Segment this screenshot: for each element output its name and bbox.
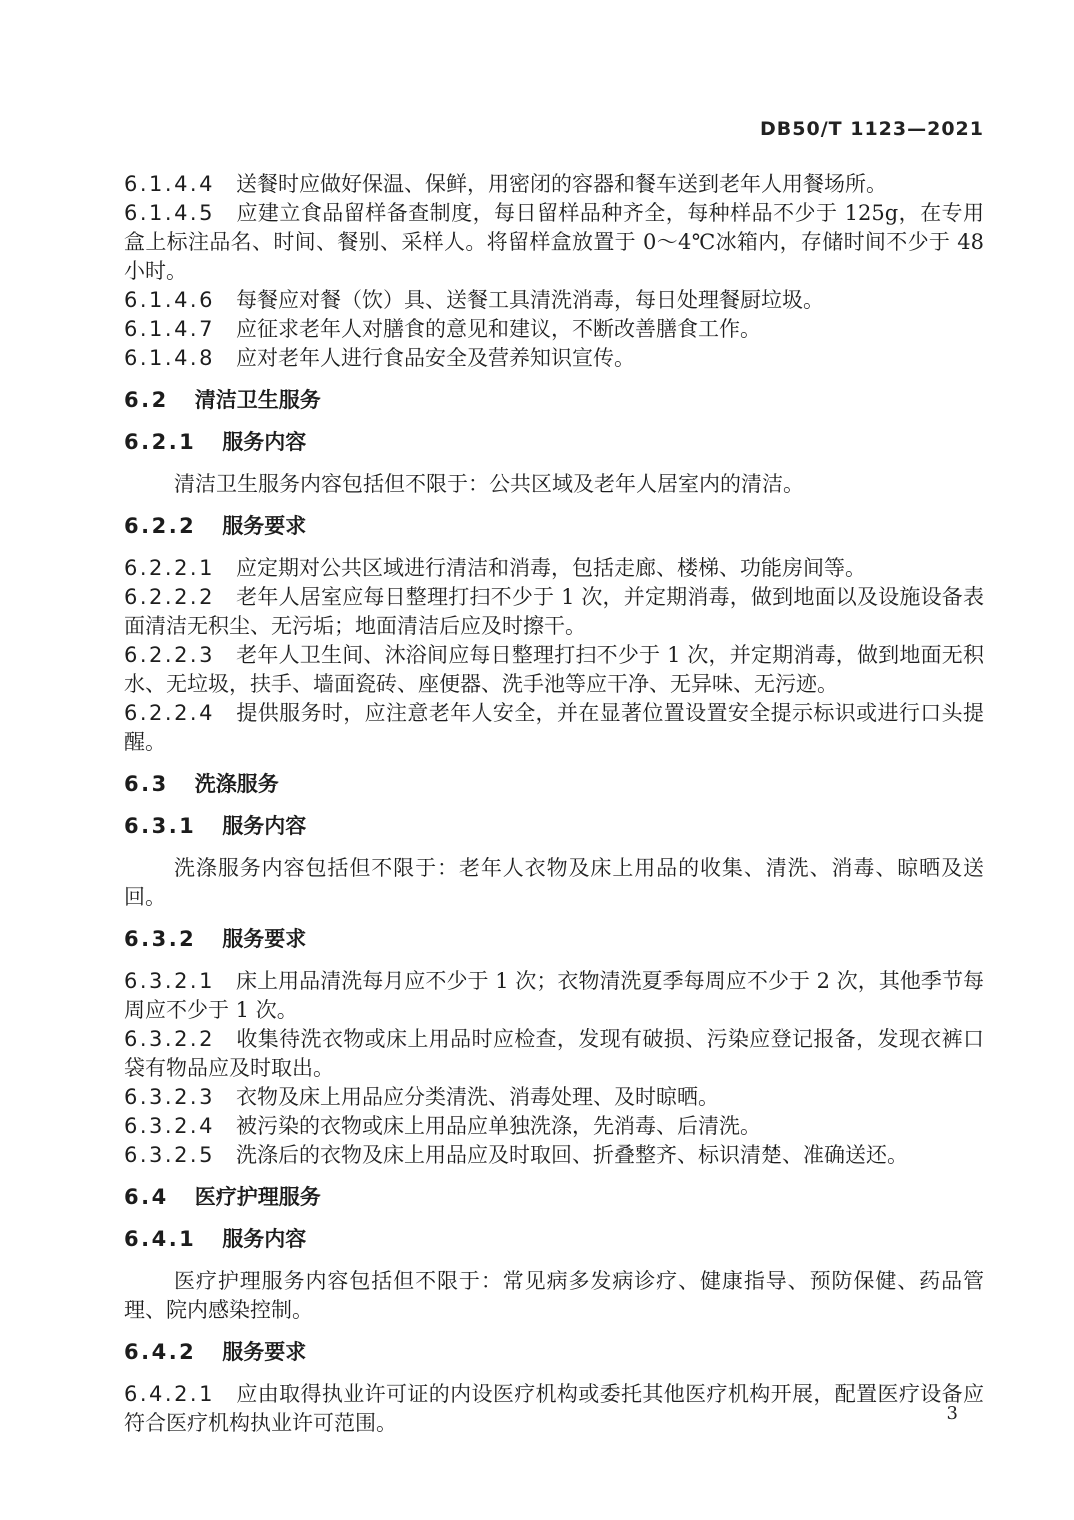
heading-text: 服务内容 — [222, 814, 306, 838]
clause-6-2-2-1: 6.2.2.1应定期对公共区域进行清洁和消毒，包括走廊、楼梯、功能房间等。 — [124, 554, 984, 583]
clause-6-2-2-2: 6.2.2.2老年人居室应每日整理打扫不少于 1 次，并定期消毒，做到地面以及设… — [124, 583, 984, 641]
clause-text: 收集待洗衣物或床上用品时应检查，发现有破损、污染应登记报备，发现衣裤口袋有物品应… — [124, 1027, 984, 1080]
standard-number-header: DB50/T 1123—2021 — [124, 118, 984, 140]
clause-6-1-4-4: 6.1.4.4送餐时应做好保温、保鲜，用密闭的容器和餐车送到老年人用餐场所。 — [124, 170, 984, 199]
heading-number: 6.3.1 — [124, 814, 196, 838]
clause-text: 衣物及床上用品应分类清洗、消毒处理、及时晾晒。 — [236, 1085, 719, 1109]
clause-6-3-2-2: 6.3.2.2收集待洗衣物或床上用品时应检查，发现有破损、污染应登记报备，发现衣… — [124, 1025, 984, 1083]
clause-number: 6.3.2.2 — [124, 1027, 215, 1051]
heading-6-4-2: 6.4.2服务要求 — [124, 1338, 984, 1367]
clause-6-2-2-3: 6.2.2.3老年人卫生间、沐浴间应每日整理打扫不少于 1 次，并定期消毒，做到… — [124, 641, 984, 699]
clause-6-3-2-3: 6.3.2.3衣物及床上用品应分类清洗、消毒处理、及时晾晒。 — [124, 1083, 984, 1112]
heading-6-2-1: 6.2.1服务内容 — [124, 428, 984, 457]
clause-number: 6.2.2.4 — [124, 701, 215, 725]
clause-number: 6.1.4.7 — [124, 317, 215, 341]
clause-text: 应对老年人进行食品安全及营养知识宣传。 — [236, 346, 635, 370]
clause-text: 床上用品清洗每月应不少于 1 次；衣物清洗夏季每周应不少于 2 次，其他季节每周… — [124, 969, 984, 1022]
clause-text: 洗涤后的衣物及床上用品应及时取回、折叠整齐、标识清楚、准确送还。 — [236, 1143, 908, 1167]
heading-number: 6.2.2 — [124, 514, 196, 538]
heading-number: 6.3 — [124, 772, 169, 796]
clause-number: 6.1.4.6 — [124, 288, 215, 312]
heading-text: 服务要求 — [222, 514, 306, 538]
clause-text: 每餐应对餐（饮）具、送餐工具清洗消毒，每日处理餐厨垃圾。 — [236, 288, 824, 312]
heading-text: 服务内容 — [222, 1227, 306, 1251]
heading-text: 服务要求 — [222, 927, 306, 951]
heading-6-2: 6.2清洁卫生服务 — [124, 386, 984, 415]
clause-6-1-4-7: 6.1.4.7应征求老年人对膳食的意见和建议，不断改善膳食工作。 — [124, 315, 984, 344]
paragraph-6-3-1-content: 洗涤服务内容包括但不限于：老年人衣物及床上用品的收集、清洗、消毒、晾晒及送回。 — [124, 854, 984, 912]
clause-number: 6.4.2.1 — [124, 1382, 215, 1406]
heading-6-4: 6.4医疗护理服务 — [124, 1183, 984, 1212]
heading-text: 清洁卫生服务 — [195, 388, 321, 412]
clause-text: 应建立食品留样备查制度，每日留样品种齐全，每种样品不少于 125g，在专用盒上标… — [124, 201, 984, 283]
page-number: 3 — [947, 1399, 958, 1428]
heading-6-4-1: 6.4.1服务内容 — [124, 1225, 984, 1254]
heading-number: 6.3.2 — [124, 927, 196, 951]
clause-text: 老年人居室应每日整理打扫不少于 1 次，并定期消毒，做到地面以及设施设备表面清洁… — [124, 585, 984, 638]
clause-text: 提供服务时，应注意老年人安全，并在显著位置设置安全提示标识或进行口头提醒。 — [124, 701, 984, 754]
clause-6-1-4-5: 6.1.4.5应建立食品留样备查制度，每日留样品种齐全，每种样品不少于 125g… — [124, 199, 984, 286]
clause-6-1-4-6: 6.1.4.6每餐应对餐（饮）具、送餐工具清洗消毒，每日处理餐厨垃圾。 — [124, 286, 984, 315]
clause-6-3-2-4: 6.3.2.4被污染的衣物或床上用品应单独洗涤，先消毒、后清洗。 — [124, 1112, 984, 1141]
document-body: 6.1.4.4送餐时应做好保温、保鲜，用密闭的容器和餐车送到老年人用餐场所。 6… — [124, 170, 984, 1438]
paragraph-6-2-1-content: 清洁卫生服务内容包括但不限于：公共区域及老年人居室内的清洁。 — [124, 470, 984, 499]
clause-number: 6.2.2.1 — [124, 556, 215, 580]
heading-text: 服务内容 — [222, 430, 306, 454]
heading-6-2-2: 6.2.2服务要求 — [124, 512, 984, 541]
clause-number: 6.1.4.5 — [124, 201, 215, 225]
clause-text: 被污染的衣物或床上用品应单独洗涤，先消毒、后清洗。 — [236, 1114, 761, 1138]
clause-number: 6.3.2.4 — [124, 1114, 215, 1138]
clause-6-3-2-1: 6.3.2.1床上用品清洗每月应不少于 1 次；衣物清洗夏季每周应不少于 2 次… — [124, 967, 984, 1025]
paragraph-6-4-1-content: 医疗护理服务内容包括但不限于：常见病多发病诊疗、健康指导、预防保健、药品管理、院… — [124, 1267, 984, 1325]
clause-number: 6.3.2.5 — [124, 1143, 215, 1167]
clause-text: 送餐时应做好保温、保鲜，用密闭的容器和餐车送到老年人用餐场所。 — [236, 172, 887, 196]
heading-number: 6.4.1 — [124, 1227, 196, 1251]
heading-text: 洗涤服务 — [195, 772, 279, 796]
clause-number: 6.2.2.2 — [124, 585, 215, 609]
heading-number: 6.4 — [124, 1185, 169, 1209]
clause-number: 6.1.4.8 — [124, 346, 215, 370]
clause-text: 老年人卫生间、沐浴间应每日整理打扫不少于 1 次，并定期消毒，做到地面无积水、无… — [124, 643, 984, 696]
clause-text: 应征求老年人对膳食的意见和建议，不断改善膳食工作。 — [236, 317, 761, 341]
heading-6-3-1: 6.3.1服务内容 — [124, 812, 984, 841]
clause-number: 6.1.4.4 — [124, 172, 215, 196]
clause-number: 6.3.2.1 — [124, 969, 215, 993]
clause-6-2-2-4: 6.2.2.4提供服务时，应注意老年人安全，并在显著位置设置安全提示标识或进行口… — [124, 699, 984, 757]
clause-6-1-4-8: 6.1.4.8应对老年人进行食品安全及营养知识宣传。 — [124, 344, 984, 373]
document-page: DB50/T 1123—2021 6.1.4.4送餐时应做好保温、保鲜，用密闭的… — [0, 0, 1074, 1520]
clause-6-4-2-1: 6.4.2.1应由取得执业许可证的内设医疗机构或委托其他医疗机构开展，配置医疗设… — [124, 1380, 984, 1438]
clause-6-3-2-5: 6.3.2.5洗涤后的衣物及床上用品应及时取回、折叠整齐、标识清楚、准确送还。 — [124, 1141, 984, 1170]
heading-6-3: 6.3洗涤服务 — [124, 770, 984, 799]
heading-text: 医疗护理服务 — [195, 1185, 321, 1209]
heading-text: 服务要求 — [222, 1340, 306, 1364]
clause-text: 应定期对公共区域进行清洁和消毒，包括走廊、楼梯、功能房间等。 — [236, 556, 866, 580]
heading-number: 6.2.1 — [124, 430, 196, 454]
heading-number: 6.4.2 — [124, 1340, 196, 1364]
clause-number: 6.2.2.3 — [124, 643, 215, 667]
heading-6-3-2: 6.3.2服务要求 — [124, 925, 984, 954]
clause-text: 应由取得执业许可证的内设医疗机构或委托其他医疗机构开展，配置医疗设备应符合医疗机… — [124, 1382, 984, 1435]
clause-number: 6.3.2.3 — [124, 1085, 215, 1109]
heading-number: 6.2 — [124, 388, 169, 412]
